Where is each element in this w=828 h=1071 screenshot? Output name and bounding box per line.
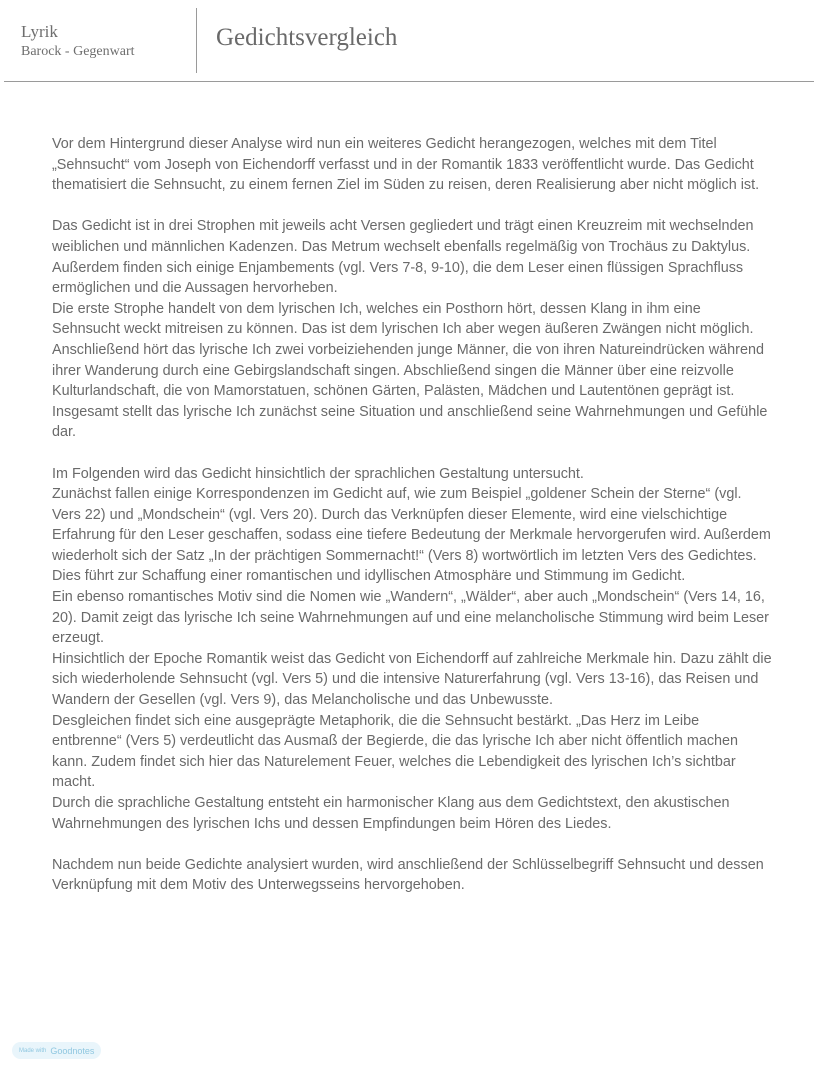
paragraph-spacer [52, 834, 772, 855]
header-horizontal-divider [4, 81, 814, 82]
subject-subtitle: Barock - Gegenwart [21, 42, 135, 62]
paragraph-content-summary: Die erste Strophe handelt von dem lyrisc… [52, 299, 772, 402]
paragraph-overall: Insgesamt stellt das lyrische Ich zunäch… [52, 402, 772, 443]
badge-brand: Goodnotes [50, 1046, 94, 1056]
badge-prefix: Made with [19, 1048, 46, 1054]
paragraph-epoch: Hinsichtlich der Epoche Romantik weist d… [52, 649, 772, 711]
header-vertical-divider [196, 8, 197, 73]
page-header: Lyrik Barock - Gegenwart Gedichtsverglei… [0, 0, 828, 84]
subject-label: Lyrik Barock - Gegenwart [21, 22, 135, 62]
paragraph-intro: Vor dem Hintergrund dieser Analyse wird … [52, 134, 772, 196]
paragraph-correspondences: Zunächst fallen einige Korrespondenzen i… [52, 484, 772, 587]
made-with-goodnotes-badge: Made with Goodnotes [12, 1042, 101, 1059]
paragraph-harmony: Durch die sprachliche Gestaltung entsteh… [52, 793, 772, 834]
paragraph-spacer [52, 443, 772, 464]
paragraph-language-intro: Im Folgenden wird das Gedicht hinsichtli… [52, 464, 772, 485]
paragraph-conclusion: Nachdem nun beide Gedichte analysiert wu… [52, 855, 772, 896]
paragraph-structure: Das Gedicht ist in drei Strophen mit jew… [52, 216, 772, 298]
paragraph-spacer [52, 196, 772, 217]
page-title: Gedichtsvergleich [216, 24, 397, 52]
paragraph-metaphor: Desgleichen findet sich eine ausgeprägte… [52, 711, 772, 793]
paragraph-motif: Ein ebenso romantisches Motiv sind die N… [52, 587, 772, 649]
document-body: Vor dem Hintergrund dieser Analyse wird … [52, 134, 772, 896]
subject-title: Lyrik [21, 22, 135, 42]
